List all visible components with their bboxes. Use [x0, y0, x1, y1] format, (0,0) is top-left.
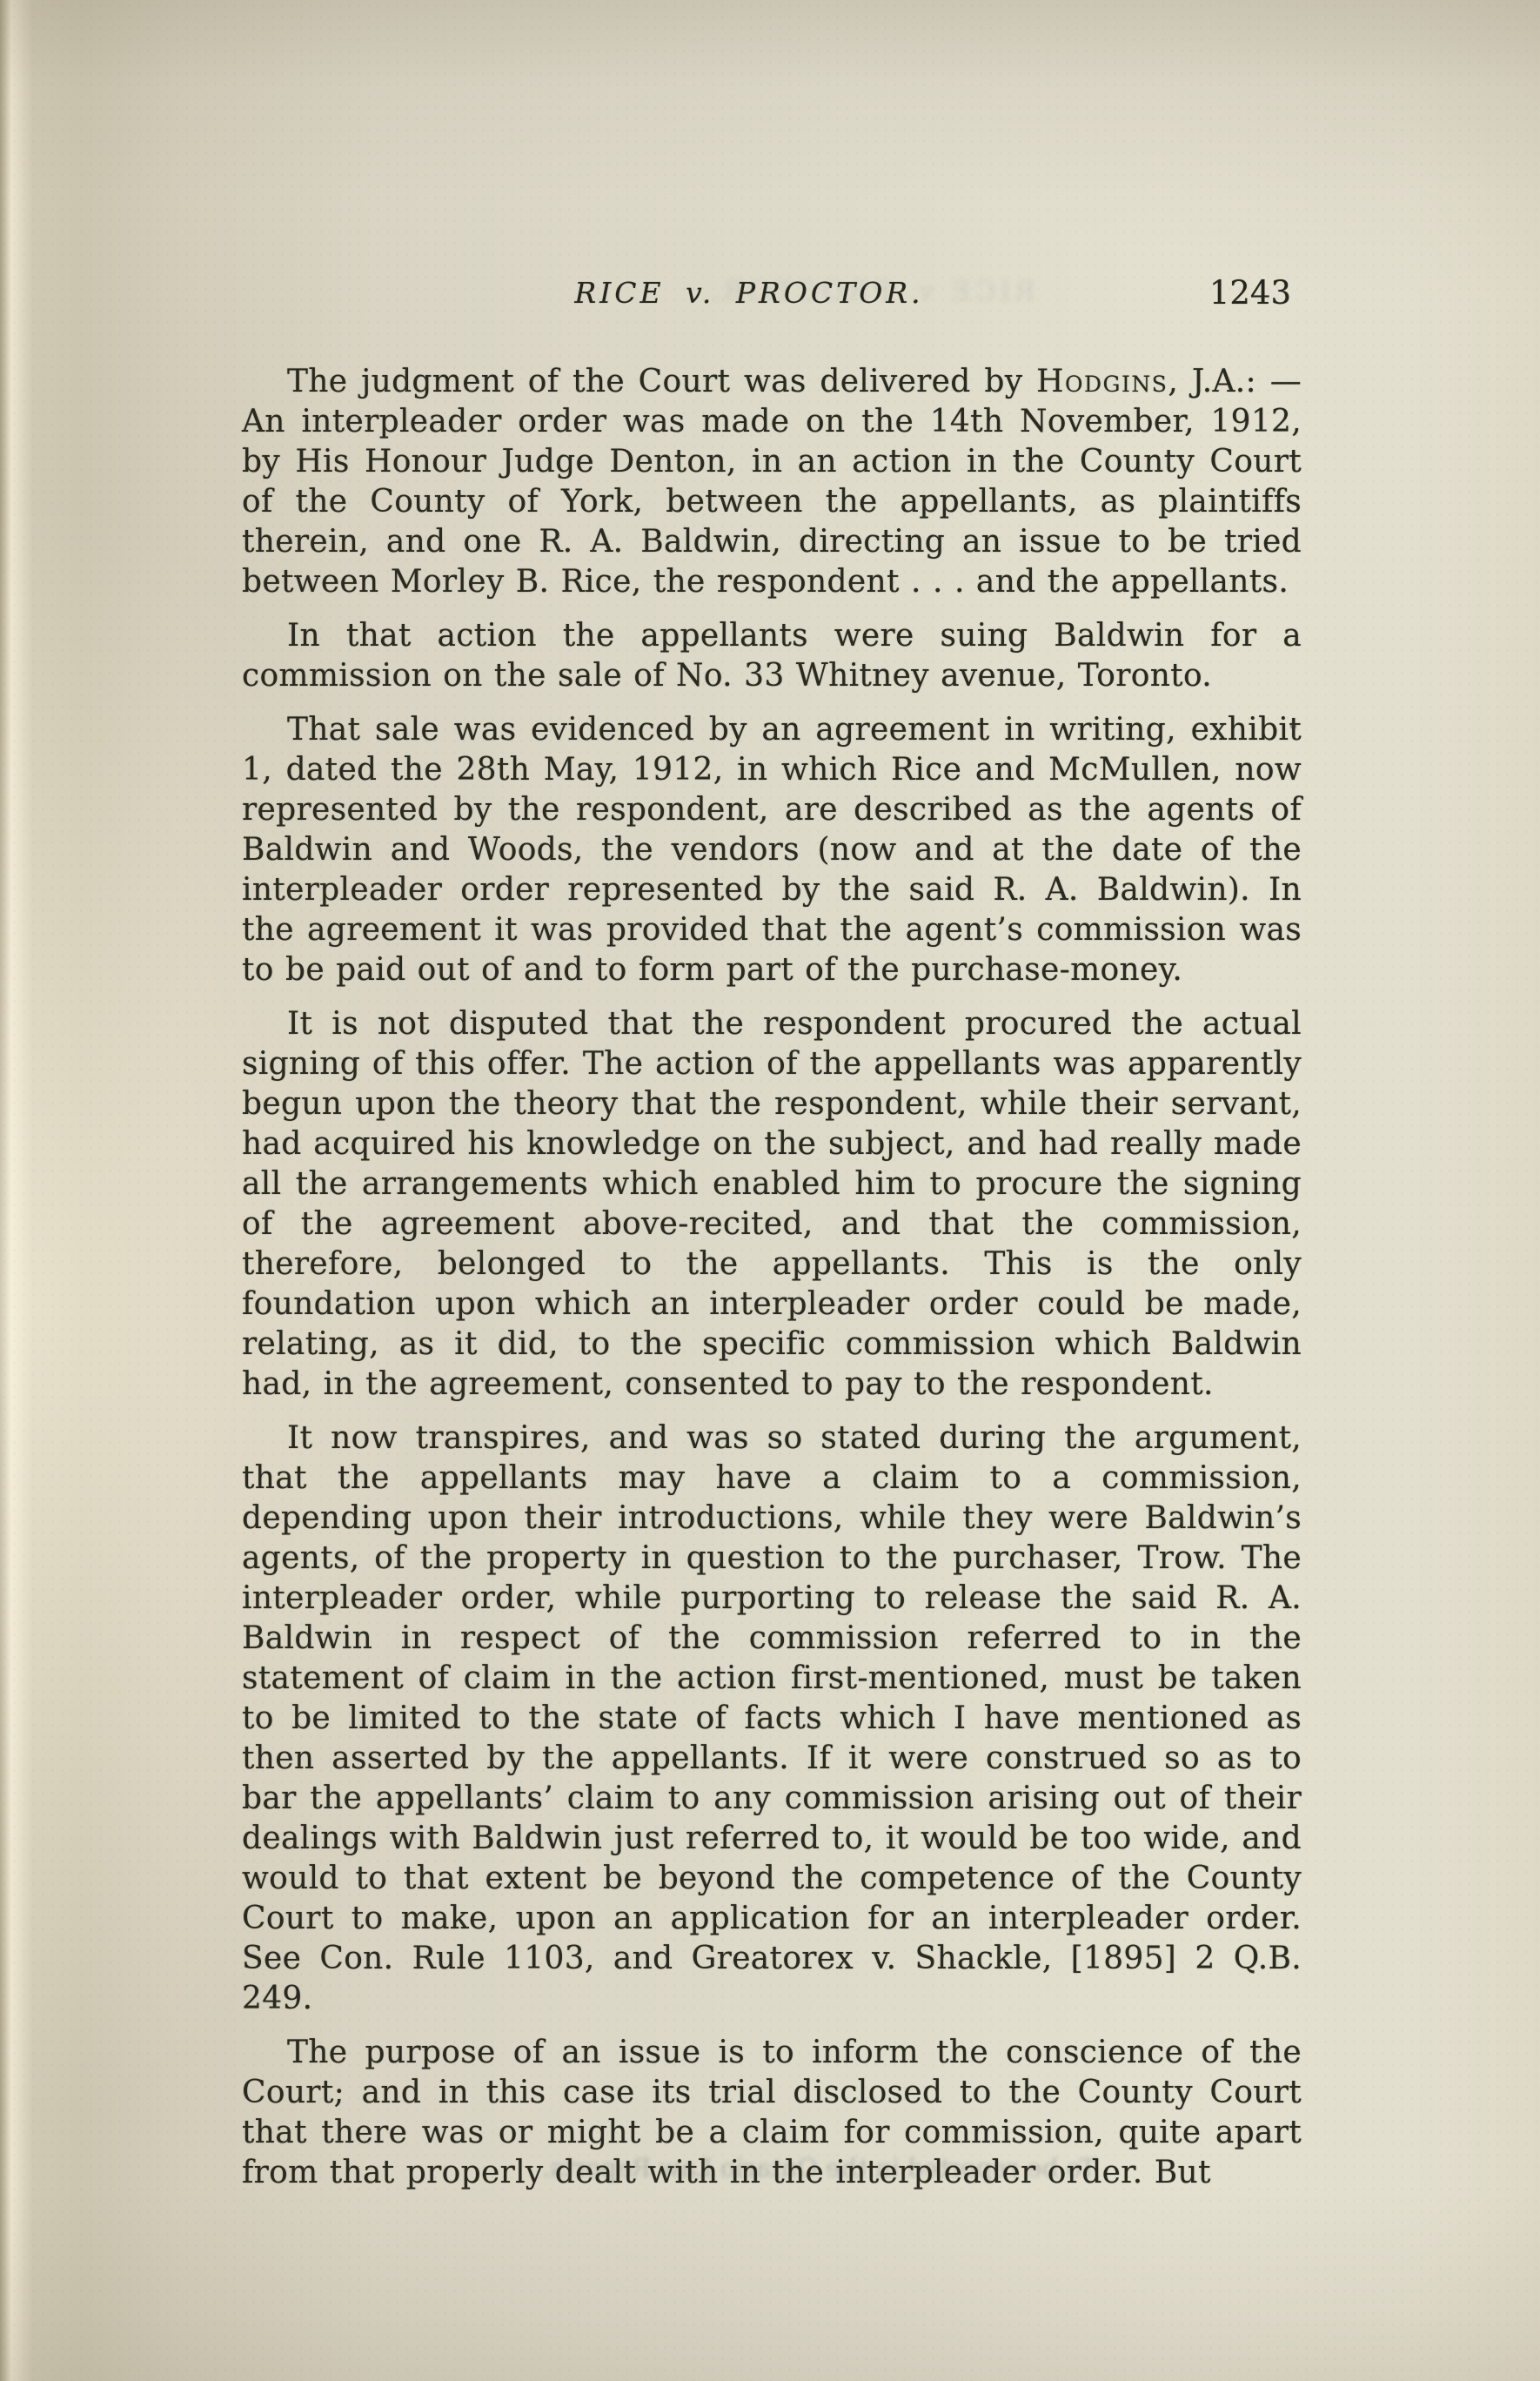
- text-run: The purpose of an issue is to inform the…: [242, 2035, 1302, 2190]
- paragraph: It is not disputed that the respondent p…: [242, 1004, 1302, 1405]
- paragraph: That sale was evidenced by an agreement …: [242, 710, 1302, 990]
- ink-speck: [1290, 723, 1296, 729]
- text-run: That sale was evidenced by an agreement …: [242, 712, 1302, 988]
- text-run: It now transpires, and was so stated dur…: [242, 1420, 1302, 2016]
- scanned-book-page: RICE v. PROCTOR. RICE v. PROCTOR. 1243 T…: [0, 0, 1540, 2381]
- judgment-body-text: The judgment of the Court was delivered …: [242, 362, 1302, 2207]
- page-number: 1243: [1209, 275, 1291, 312]
- case-title: RICE v. PROCTOR.: [242, 275, 1302, 312]
- text-run: In that action the appellants were suing…: [242, 618, 1302, 694]
- paragraph: The judgment of the Court was delivered …: [242, 362, 1302, 602]
- paragraph: The purpose of an issue is to inform the…: [242, 2033, 1302, 2193]
- judge-name-smallcaps: Hodgins: [1036, 364, 1168, 399]
- text-run: It is not disputed that the respondent p…: [242, 1006, 1302, 1402]
- paragraph: It now transpires, and was so stated dur…: [242, 1419, 1302, 2019]
- paragraph: In that action the appellants were suing…: [242, 616, 1302, 696]
- running-header: RICE v. PROCTOR. 1243: [242, 275, 1302, 320]
- text-run: The judgment of the Court was delivered …: [287, 364, 1036, 399]
